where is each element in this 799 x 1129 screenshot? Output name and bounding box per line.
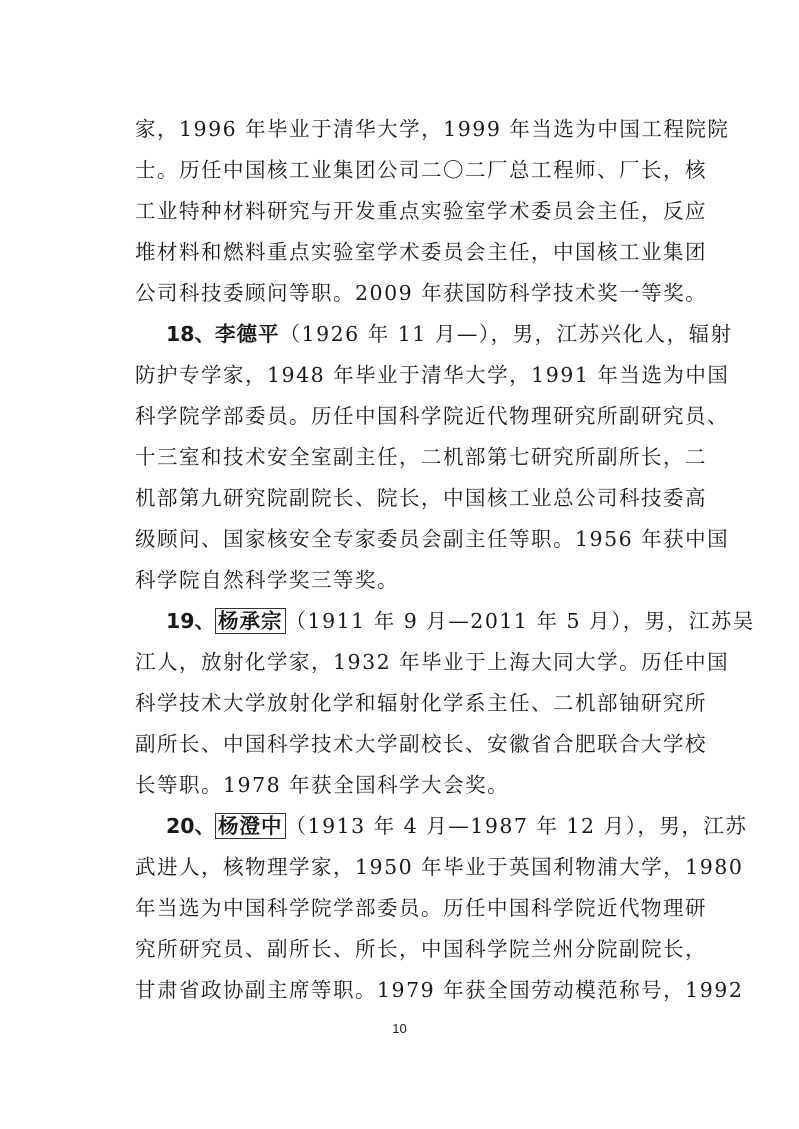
text-line: 科学院学部委员。历任中国科学院近代物理研究所副研究员、	[135, 396, 667, 437]
text-span: （1913 年 4 月—1987 年 12 月），男，江苏	[286, 814, 748, 838]
text-line: 家，1996 年毕业于清华大学，1999 年当选为中国工程院院	[135, 109, 667, 150]
text-line: 防护专学家，1948 年毕业于清华大学，1991 年当选为中国	[135, 355, 667, 396]
paragraph-19: 19、杨承宗（1911 年 9 月—2011 年 5 月），男，江苏吴 江人，放…	[135, 601, 667, 806]
text-line: 工业特种材料研究与开发重点实验室学术委员会主任，反应	[135, 191, 667, 232]
text-line: 士。历任中国核工业集团公司二〇二厂总工程师、厂长，核	[135, 150, 667, 191]
text-line: 机部第九研究院副院长、院长，中国核工业总公司科技委高	[135, 478, 667, 519]
text-line: 武进人，核物理学家，1950 年毕业于英国利物浦大学，1980	[135, 847, 667, 888]
entry-heading-line: 20、杨澄中（1913 年 4 月—1987 年 12 月），男，江苏	[135, 806, 667, 847]
entry-heading-line: 18、李德平（1926 年 11 月—），男，江苏兴化人，辐射	[135, 314, 667, 355]
text-span: （1926 年 11 月—），男，江苏兴化人，辐射	[280, 322, 733, 346]
person-name-boxed: 杨承宗	[215, 608, 286, 634]
entry-number: 19、	[166, 609, 215, 633]
text-line: 长等职。1978 年获全国科学大会奖。	[135, 765, 667, 806]
paragraph-17-continuation: 家，1996 年毕业于清华大学，1999 年当选为中国工程院院 士。历任中国核工…	[135, 109, 667, 314]
text-line: 级顾问、国家核安全专家委员会副主任等职。1956 年获中国	[135, 519, 667, 560]
entry-number: 18、	[166, 322, 215, 346]
text-line: 副所长、中国科学技术大学副校长、安徽省合肥联合大学校	[135, 724, 667, 765]
person-name: 李德平	[215, 322, 280, 346]
paragraph-20: 20、杨澄中（1913 年 4 月—1987 年 12 月），男，江苏 武进人，…	[135, 806, 667, 1011]
entry-heading-line: 19、杨承宗（1911 年 9 月—2011 年 5 月），男，江苏吴	[135, 601, 667, 642]
text-line: 公司科技委顾问等职。2009 年获国防科学技术奖一等奖。	[135, 273, 667, 314]
text-line: 科学院自然科学奖三等奖。	[135, 560, 667, 601]
page-number: 10	[0, 1021, 799, 1036]
entry-number: 20、	[166, 814, 215, 838]
text-line: 究所研究员、副所长、所长，中国科学院兰州分院副院长，	[135, 929, 667, 970]
text-line: 甘肃省政协副主席等职。1979 年获全国劳动模范称号，1992	[135, 970, 667, 1011]
paragraph-18: 18、李德平（1926 年 11 月—），男，江苏兴化人，辐射 防护专学家，19…	[135, 314, 667, 601]
text-line: 十三室和技术安全室副主任，二机部第七研究所副所长，二	[135, 437, 667, 478]
text-span: （1911 年 9 月—2011 年 5 月），男，江苏吴	[286, 609, 755, 633]
text-line: 江人，放射化学家，1932 年毕业于上海大同大学。历任中国	[135, 642, 667, 683]
text-line: 堆材料和燃料重点实验室学术委员会主任，中国核工业集团	[135, 232, 667, 273]
text-line: 年当选为中国科学院学部委员。历任中国科学院近代物理研	[135, 888, 667, 929]
document-page: 家，1996 年毕业于清华大学，1999 年当选为中国工程院院 士。历任中国核工…	[135, 109, 667, 1011]
text-line: 科学技术大学放射化学和辐射化学系主任、二机部铀研究所	[135, 683, 667, 724]
person-name-boxed: 杨澄中	[215, 813, 286, 839]
